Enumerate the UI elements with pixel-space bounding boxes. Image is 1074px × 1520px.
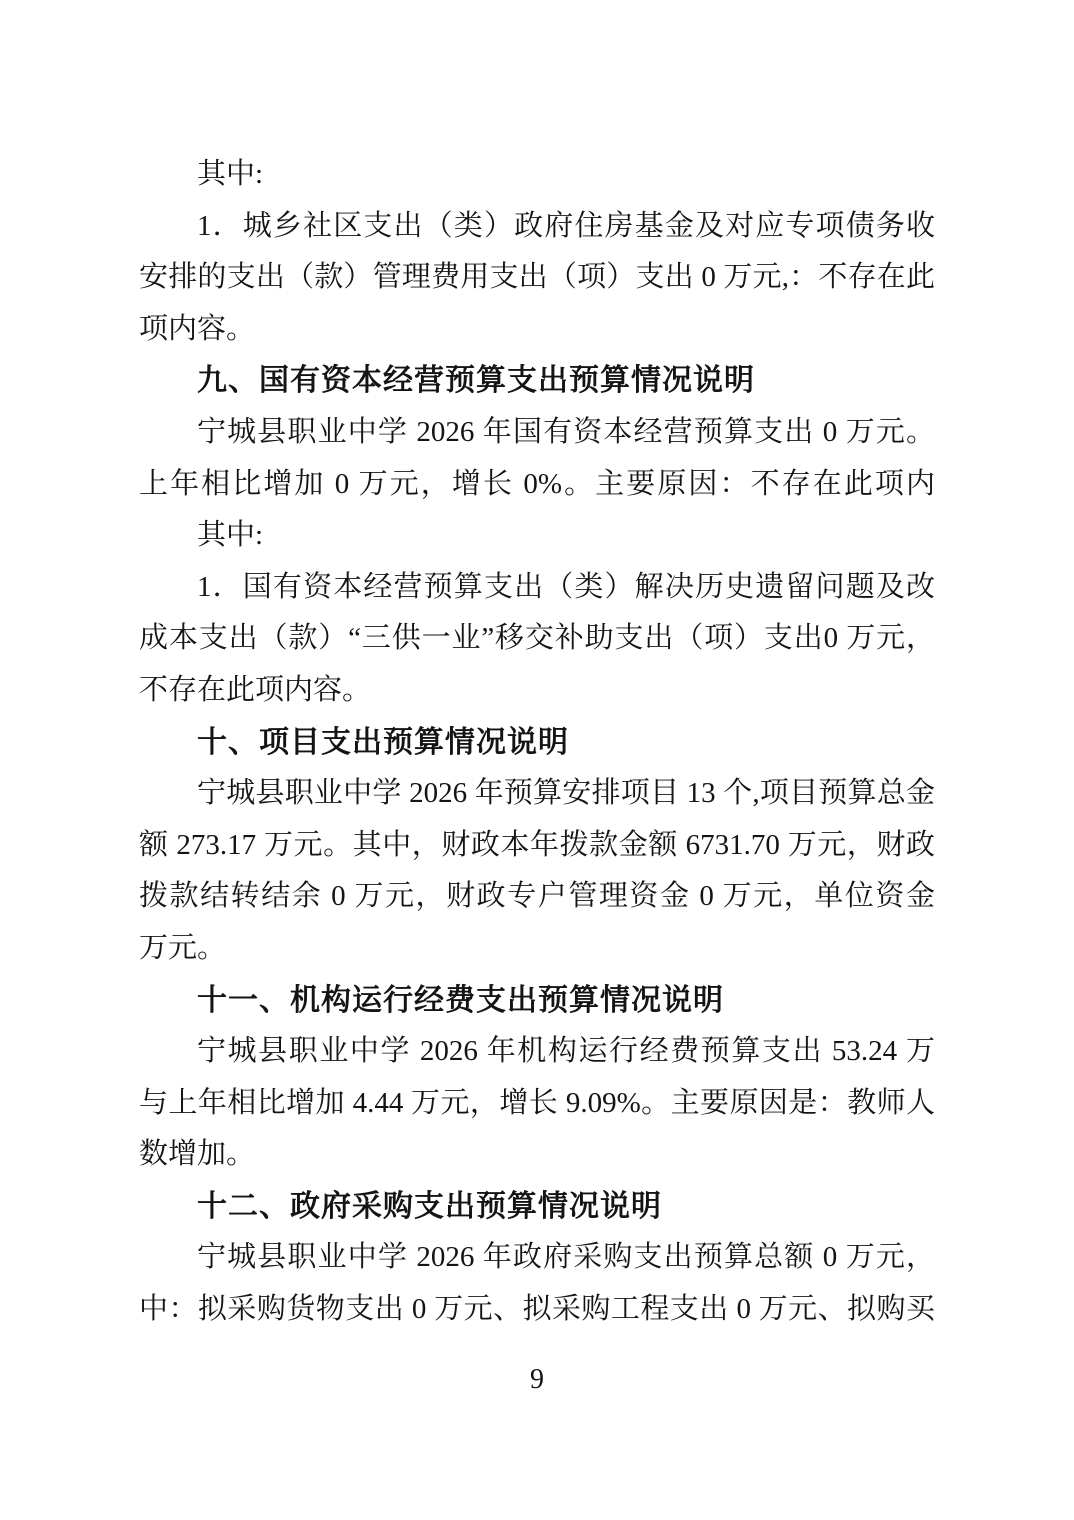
text-line: 成本支出（款）“三供一业”移交补助支出（项）支出0 万元， xyxy=(139,613,935,665)
section-11-heading: 十一、机构运行经费支出预算情况说明 xyxy=(139,975,935,1027)
text-line: 宁城县职业中学 2026 年国有资本经营预算支出 0 万元。与 xyxy=(139,407,935,459)
text-line: 1．城乡社区支出（类）政府住房基金及对应专项债务收入 xyxy=(139,201,935,253)
section-12-heading: 十二、政府采购支出预算情况说明 xyxy=(139,1181,935,1233)
text-line: 额 273.17 万元。其中，财政本年拨款金额 6731.70 万元，财政 xyxy=(139,820,935,872)
text-line: 数增加。 xyxy=(139,1129,935,1181)
text-line: 项内容。 xyxy=(139,304,935,356)
section-10-heading: 十、项目支出预算情况说明 xyxy=(139,717,935,769)
text-line: 不存在此项内容。 xyxy=(139,665,935,717)
text-line: 万元。 xyxy=(139,923,935,975)
text-line: 宁城县职业中学 2026 年机构运行经费预算支出 53.24 万元， xyxy=(139,1026,935,1078)
text-line: 1．国有资本经营预算支出（类）解决历史遗留问题及改革 xyxy=(139,562,935,614)
text-line: 拨款结转结余 0 万元，财政专户管理资金 0 万元，单位资金 0 xyxy=(139,871,935,923)
document-page: 其中: 1．城乡社区支出（类）政府住房基金及对应专项债务收入 安排的支出（款）管… xyxy=(0,0,1074,1520)
text-line: 宁城县职业中学 2026 年政府采购支出预算总额 0 万元，其 xyxy=(139,1232,935,1284)
text-line: 其中: xyxy=(139,510,935,562)
text-line: 宁城县职业中学 2026 年预算安排项目 13 个,项目预算总金 xyxy=(139,768,935,820)
document-text-block: 其中: 1．城乡社区支出（类）政府住房基金及对应专项债务收入 安排的支出（款）管… xyxy=(139,149,935,1336)
text-line: 中：拟采购货物支出 0 万元、拟采购工程支出 0 万元、拟购买服 xyxy=(139,1284,935,1336)
section-9-heading: 九、国有资本经营预算支出预算情况说明 xyxy=(139,355,935,407)
text-line: 安排的支出（款）管理费用支出（项）支出 0 万元,：不存在此 xyxy=(139,252,935,304)
page-number: 9 xyxy=(0,1364,1074,1396)
text-line: 其中: xyxy=(139,149,935,201)
text-line: 与上年相比增加 4.44 万元，增长 9.09%。主要原因是：教师人 xyxy=(139,1078,935,1130)
text-line: 上年相比增加 0 万元，增长 0%。主要原因：不存在此项内容。 xyxy=(139,459,935,511)
